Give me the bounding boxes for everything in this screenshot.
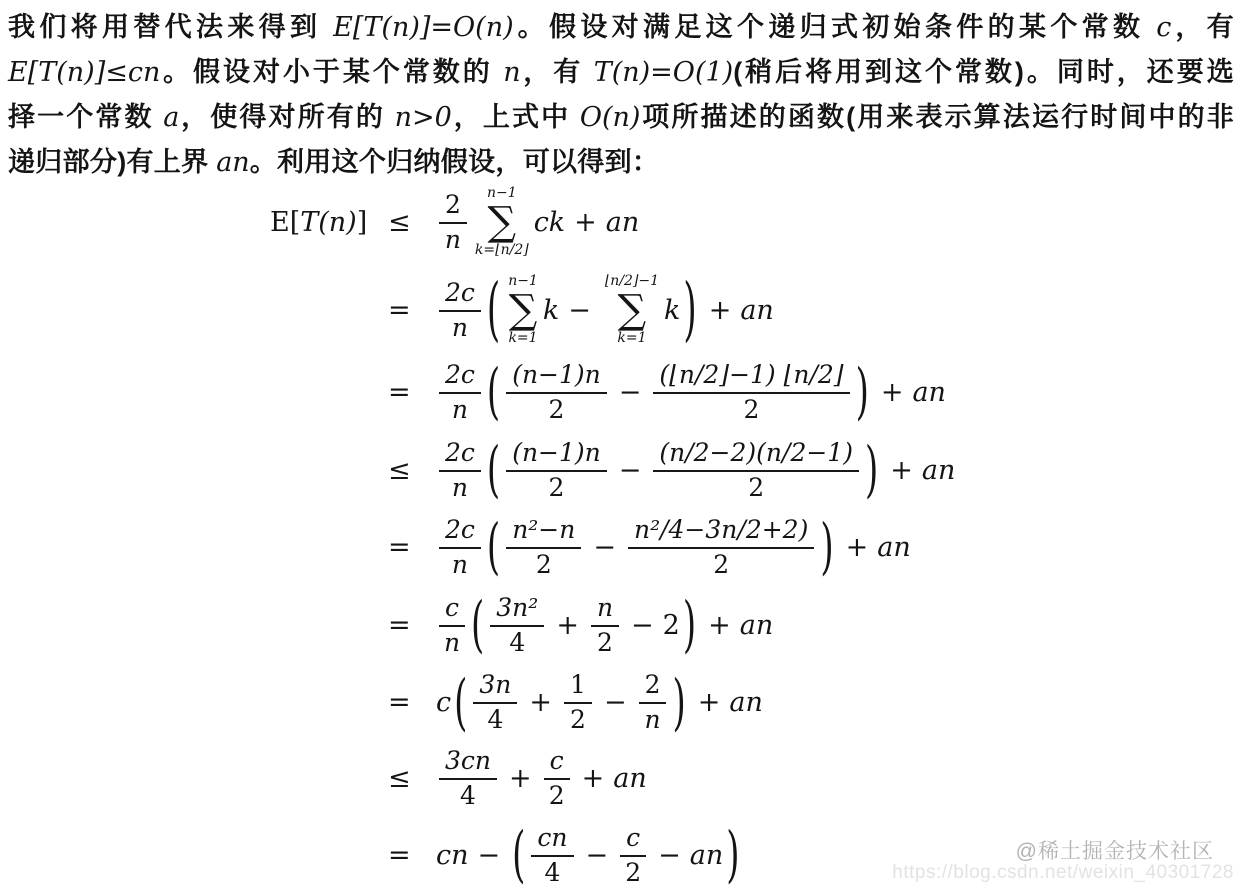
- numerator: (⌊n/2⌋−1) ⌊n/2⌋: [653, 361, 849, 394]
- equation-4: ≤ 2cn ( (n−1)n2 − (n/2−2)(n/2−1)2 ) + an: [270, 432, 955, 508]
- relation-sign: ≤: [388, 763, 436, 794]
- plus-sign: +: [529, 687, 552, 718]
- math-token: ]: [357, 207, 368, 238]
- minus-sign: −: [619, 377, 642, 408]
- denominator: n: [644, 704, 660, 734]
- fraction: 2n: [439, 191, 467, 254]
- math-token: an: [606, 207, 640, 238]
- relation-sign: =: [388, 377, 436, 408]
- numerator: c: [544, 747, 570, 780]
- math-token: an: [690, 840, 724, 871]
- math-token: an: [729, 687, 763, 718]
- paragraph-line-2: E[T(n)]≤cn。假设对小于某个常数的 n，有 T(n)=O(1)(稍后将用…: [8, 50, 1234, 95]
- math-token: an: [877, 532, 911, 563]
- inline-math: n>0: [395, 102, 452, 133]
- fraction: (n/2−2)(n/2−1)2: [653, 439, 859, 502]
- equation-lhs: E[T(n)]: [270, 207, 388, 238]
- math-token: cn: [436, 840, 469, 871]
- text-run: 项所描述的函数(用来表示算法运行时间中的非: [640, 102, 1234, 132]
- minus-sign: −: [593, 532, 616, 563]
- minus-sign: −: [619, 455, 642, 486]
- denominator: n: [452, 312, 468, 342]
- text-run: (稍后将用到这个常数)。同时，还要选: [733, 57, 1234, 87]
- fraction: cn4: [531, 824, 573, 886]
- big-paren-left: (: [487, 269, 500, 351]
- text-run: ，使得对所有的: [179, 102, 394, 132]
- equation-8: ≤ 3cn4 + c2 + an: [270, 741, 955, 816]
- numerator: (n−1)n: [506, 439, 607, 472]
- paragraph: 我们将用替代法来得到 E[T(n)]=O(n)。假设对满足这个递归式初始条件的某…: [8, 5, 1234, 185]
- numerator: (n−1)n: [506, 361, 607, 394]
- numerator: cn: [531, 824, 573, 857]
- text-run: 。利用这个归纳假设，可以得到：: [250, 147, 660, 177]
- relation-sign: ≤: [388, 207, 436, 238]
- relation-sign: =: [388, 687, 436, 718]
- book-page: 我们将用替代法来得到 E[T(n)]=O(n)。假设对满足这个递归式初始条件的某…: [0, 0, 1242, 886]
- numerator: c: [620, 824, 646, 857]
- numerator: c: [439, 594, 465, 627]
- fraction: 3cn4: [439, 747, 497, 810]
- big-paren-left: (: [512, 819, 525, 886]
- sigma-icon: ∑: [509, 290, 538, 331]
- denominator: n: [445, 224, 461, 254]
- denominator: 2: [748, 472, 764, 502]
- plus-sign: +: [709, 295, 732, 326]
- equation-6: = cn ( 3n²4 + n2 − 2 ) + an: [270, 586, 955, 664]
- big-paren-right: ): [683, 589, 696, 661]
- big-paren-right: ): [683, 269, 696, 351]
- derivation-block: E[T(n)] ≤ 2n n−1∑k=⌊n/2⌋ ck + an = 2cn (…: [270, 176, 955, 886]
- denominator: 2: [549, 780, 565, 810]
- relation-sign: =: [388, 532, 436, 563]
- inline-math: n: [503, 57, 520, 88]
- summation: ⌊n/2⌋−1∑k=1: [605, 274, 659, 346]
- denominator: 2: [625, 857, 641, 886]
- watermark-community: @稀土掘金技术社区: [1016, 835, 1214, 865]
- text-run: 。假设对小于某个常数的: [160, 57, 503, 87]
- numerator: 2: [639, 671, 667, 704]
- numerator: 2c: [439, 279, 481, 312]
- numerator: n²/4−3n/2+2): [628, 516, 814, 549]
- numerator: n: [591, 594, 619, 627]
- big-paren-left: (: [454, 667, 467, 739]
- numerator: 2c: [439, 361, 481, 394]
- equation-3: = 2cn ( (n−1)n2 − (⌊n/2⌋−1) ⌊n/2⌋2 ) + a…: [270, 352, 955, 432]
- big-paren-left: (: [471, 589, 484, 661]
- big-paren-right: ): [865, 434, 878, 506]
- numerator: 3n²: [490, 594, 544, 627]
- numerator: 2c: [439, 516, 481, 549]
- sigma-icon: ∑: [618, 290, 647, 331]
- plus-sign: +: [890, 455, 913, 486]
- fraction: 12: [564, 671, 592, 734]
- inline-math: O(n): [580, 102, 641, 133]
- fraction: (n−1)n2: [506, 439, 607, 502]
- math-token: an: [740, 295, 774, 326]
- fraction: cn: [439, 594, 465, 657]
- inline-math: c: [1156, 12, 1171, 43]
- denominator: n: [452, 549, 468, 579]
- summation: n−1∑k=1: [508, 274, 538, 346]
- plus-sign: +: [509, 763, 532, 794]
- minus-sign: −: [631, 610, 654, 641]
- inline-math: an: [216, 147, 250, 178]
- fraction: 3n4: [473, 671, 517, 734]
- text-run: 递归部分)有上界: [8, 147, 216, 177]
- minus-sign: −: [568, 295, 591, 326]
- text-run: 择一个常数: [8, 102, 163, 132]
- denominator: 4: [460, 780, 476, 810]
- plus-sign: +: [582, 763, 605, 794]
- math-token: an: [912, 377, 946, 408]
- denominator: 4: [545, 857, 561, 886]
- fraction: 2cn: [439, 361, 481, 424]
- fraction: n²−n2: [506, 516, 581, 579]
- equation-1: E[T(n)] ≤ 2n n−1∑k=⌊n/2⌋ ck + an: [270, 176, 955, 268]
- text-run: ，有: [521, 57, 594, 87]
- math-token: T(n): [300, 207, 356, 238]
- plus-sign: +: [708, 610, 731, 641]
- fraction: (⌊n/2⌋−1) ⌊n/2⌋2: [653, 361, 849, 424]
- summation: n−1∑k=⌊n/2⌋: [475, 186, 529, 258]
- equation-7: = c ( 3n4 + 12 − 2n ) + an: [270, 664, 955, 741]
- big-paren-left: (: [487, 434, 500, 506]
- denominator: n: [452, 472, 468, 502]
- fraction: n²/4−3n/2+2)2: [628, 516, 814, 579]
- inline-math: E[T(n)]=O(n): [333, 12, 513, 43]
- relation-sign: ≤: [388, 455, 436, 486]
- relation-sign: =: [388, 610, 436, 641]
- math-token: E[: [270, 207, 300, 238]
- text-run: 我们将用替代法来得到: [8, 12, 333, 42]
- minus-sign: −: [658, 840, 681, 871]
- relation-sign: =: [388, 295, 436, 326]
- sum-lower-limit: k=1: [617, 331, 646, 346]
- minus-sign: −: [604, 687, 627, 718]
- fraction: c2: [544, 747, 570, 810]
- fraction: 3n²4: [490, 594, 544, 657]
- sigma-icon: ∑: [488, 202, 517, 243]
- plus-sign: +: [846, 532, 869, 563]
- denominator: 2: [536, 549, 552, 579]
- plus-sign: +: [698, 687, 721, 718]
- inline-math: E[T(n)]≤cn: [8, 57, 160, 88]
- plus-sign: +: [574, 207, 597, 238]
- math-token: an: [740, 610, 774, 641]
- math-token: an: [922, 455, 956, 486]
- numerator: 3n: [473, 671, 517, 704]
- big-paren-right: ): [672, 667, 685, 739]
- numerator: n²−n: [506, 516, 581, 549]
- sum-lower-limit: k=⌊n/2⌋: [475, 243, 529, 258]
- paragraph-line-1: 我们将用替代法来得到 E[T(n)]=O(n)。假设对满足这个递归式初始条件的某…: [8, 5, 1234, 50]
- relation-sign: =: [388, 840, 436, 871]
- minus-sign: −: [478, 840, 501, 871]
- math-token: k: [543, 295, 559, 326]
- numerator: 3cn: [439, 747, 497, 780]
- fraction: (n−1)n2: [506, 361, 607, 424]
- denominator: n: [452, 394, 468, 424]
- big-paren-right: ): [820, 511, 833, 583]
- watermark-url: https://blog.csdn.net/weixin_40301728: [892, 862, 1234, 884]
- denominator: 2: [549, 394, 565, 424]
- fraction: 2cn: [439, 279, 481, 342]
- denominator: 4: [509, 627, 525, 657]
- denominator: 4: [487, 704, 503, 734]
- paragraph-line-3: 择一个常数 a，使得对所有的 n>0，上式中 O(n)项所描述的函数(用来表示算…: [8, 95, 1234, 140]
- minus-sign: −: [586, 840, 609, 871]
- text-run: 。假设对满足这个递归式初始条件的某个常数: [514, 12, 1157, 42]
- equation-2: = 2cn ( n−1∑k=1 k − ⌊n/2⌋−1∑k=1 k ) + an: [270, 268, 955, 352]
- numerator: 1: [564, 671, 592, 704]
- denominator: 2: [597, 627, 613, 657]
- big-paren-right: ): [856, 356, 869, 428]
- text-run: ，上式中: [452, 102, 580, 132]
- big-paren-left: (: [487, 511, 500, 583]
- numerator: 2c: [439, 439, 481, 472]
- equation-5: = 2cn ( n²−n2 − n²/4−3n/2+2)2 ) + an: [270, 508, 955, 586]
- numerator: (n/2−2)(n/2−1): [653, 439, 859, 472]
- fraction: 2cn: [439, 439, 481, 502]
- inline-math: a: [163, 102, 179, 133]
- sum-lower-limit: k=1: [508, 331, 537, 346]
- fraction: 2cn: [439, 516, 481, 579]
- big-paren-right: ): [726, 819, 739, 886]
- fraction: 2n: [639, 671, 667, 734]
- fraction: n2: [591, 594, 619, 657]
- plus-sign: +: [881, 377, 904, 408]
- denominator: 2: [549, 472, 565, 502]
- denominator: n: [444, 627, 460, 657]
- math-token: ck: [534, 207, 565, 238]
- numerator: 2: [439, 191, 467, 224]
- text-run: ，有: [1171, 12, 1234, 42]
- inline-math: T(n)=O(1): [594, 57, 733, 88]
- math-token: an: [613, 763, 647, 794]
- equation-9: = cn − ( cn4 − c2 − an ): [270, 816, 955, 886]
- denominator: 2: [713, 549, 729, 579]
- denominator: 2: [744, 394, 760, 424]
- fraction: c2: [620, 824, 646, 886]
- plus-sign: +: [556, 610, 579, 641]
- math-token: c: [436, 687, 451, 718]
- big-paren-left: (: [487, 356, 500, 428]
- math-token: 2: [663, 610, 680, 641]
- math-token: k: [664, 295, 680, 326]
- denominator: 2: [570, 704, 586, 734]
